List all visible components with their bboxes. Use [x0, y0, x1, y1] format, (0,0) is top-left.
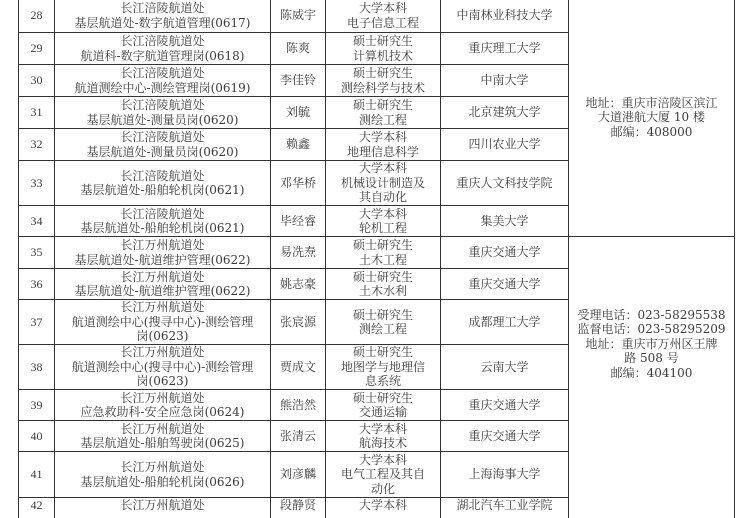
position-name: 基层航道处-测量员岗(0620)	[55, 113, 270, 128]
position-name: 航道科-数字航道管理岗(0618)	[55, 49, 270, 64]
school-name: 重庆交通大学	[441, 237, 569, 269]
candidate-name: 刘彦麟	[271, 452, 326, 498]
school-name: 云南大学	[441, 345, 569, 390]
row-number: 29	[19, 33, 55, 65]
major: 电子信息工程	[326, 16, 440, 31]
major: 轮机工程	[326, 221, 440, 236]
row-number: 34	[19, 206, 55, 237]
unit-name: 长江涪陵航道处	[55, 98, 270, 113]
position-name: 岗(0623)	[55, 374, 270, 389]
position-name: 基层航道处-航道维护管理(0622)	[55, 253, 270, 268]
candidate-name: 易冼焘	[271, 237, 326, 269]
candidate-name: 张清云	[271, 421, 326, 452]
contact-info-wanzhou: 受理电话：023-58295538监督电话：023-58295209地址：重庆市…	[569, 237, 735, 518]
education-cell: 大学本科电气工程及其自动化	[326, 452, 441, 498]
position-name: 航道测绘中心(搜寻中心)-测绘管理	[55, 360, 270, 375]
unit-position-cell: 长江涪陵航道处航道测绘中心-测绘管理岗(0619)	[55, 65, 271, 97]
address-line: 地址：重庆市涪陵区滨江	[569, 96, 734, 111]
unit-position-cell: 长江涪陵航道处基层航道处-船舶轮机岗(0621)	[55, 206, 271, 237]
position-name: 基层航道处-航道维护管理(0622)	[55, 284, 270, 299]
row-number: 39	[19, 390, 55, 421]
degree: 大学本科	[326, 130, 440, 145]
unit-name: 长江万州航道处	[55, 238, 270, 253]
degree: 硕士研究生	[326, 308, 440, 323]
school-name: 中南大学	[441, 65, 569, 97]
row-number: 37	[19, 300, 55, 345]
row-number: 35	[19, 237, 55, 269]
degree: 硕士研究生	[326, 238, 440, 253]
degree: 硕士研究生	[326, 98, 440, 113]
candidate-name: 赖鑫	[271, 129, 326, 161]
candidate-name: 姚志豪	[271, 269, 326, 300]
address-line: 大道港航大厦 10 楼	[569, 110, 734, 125]
unit-name: 长江涪陵航道处	[55, 1, 270, 16]
unit-name: 长江万州航道处	[55, 422, 270, 437]
unit-position-cell: 长江万州航道处应急救助科-安全应急岗(0624)	[55, 390, 271, 421]
degree: 硕士研究生	[326, 66, 440, 81]
unit-name: 长江万州航道处	[55, 460, 270, 475]
candidate-name: 段静贤	[271, 498, 326, 518]
unit-position-cell: 长江涪陵航道处基层航道处-测量员岗(0620)	[55, 129, 271, 161]
row-number: 28	[19, 0, 55, 33]
school-name: 重庆交通大学	[441, 390, 569, 421]
degree: 大学本科	[326, 1, 440, 16]
table-row: 28 长江涪陵航道处基层航道处-数字航道管理(0617) 陈威宇 大学本科电子信…	[19, 0, 735, 33]
contact-info-fuling: 地址：重庆市涪陵区滨江大道港航大厦 10 楼邮编：408000	[569, 0, 735, 237]
row-number: 30	[19, 65, 55, 97]
position-name: 航道测绘中心(搜寻中心)-测绘管理	[55, 315, 270, 330]
unit-position-cell: 长江涪陵航道处基层航道处-船舶轮机岗(0621)	[55, 161, 271, 206]
candidate-name: 陈爽	[271, 33, 326, 65]
candidate-roster-table: 28 长江涪陵航道处基层航道处-数字航道管理(0617) 陈威宇 大学本科电子信…	[18, 0, 735, 518]
unit-position-cell: 长江万州航道处基层航道处-船舶轮机岗(0626)	[55, 452, 271, 498]
major: 动化	[326, 482, 440, 497]
degree: 硕士研究生	[326, 345, 440, 360]
unit-name: 长江涪陵航道处	[55, 34, 270, 49]
major: 航海技术	[326, 436, 440, 451]
unit-position-cell: 长江万州航道处	[55, 498, 271, 518]
school-name: 北京建筑大学	[441, 97, 569, 129]
degree: 大学本科	[326, 498, 440, 513]
candidate-name: 陈威宇	[271, 0, 326, 33]
table-row: 35 长江万州航道处基层航道处-航道维护管理(0622) 易冼焘 硕士研究生土木…	[19, 237, 735, 269]
major: 地图学与地理信	[326, 360, 440, 375]
degree: 大学本科	[326, 161, 440, 176]
school-name: 重庆理工大学	[441, 33, 569, 65]
unit-name: 长江万州航道处	[55, 300, 270, 315]
degree: 硕士研究生	[326, 270, 440, 285]
degree: 大学本科	[326, 207, 440, 222]
unit-position-cell: 长江涪陵航道处基层航道处-测量员岗(0620)	[55, 97, 271, 129]
unit-name: 长江涪陵航道处	[55, 207, 270, 222]
position-name: 航道测绘中心-测绘管理岗(0619)	[55, 81, 270, 96]
education-cell: 硕士研究生测绘工程	[326, 300, 441, 345]
school-name: 上海海事大学	[441, 452, 569, 498]
school-name: 重庆交通大学	[441, 269, 569, 300]
postcode-line: 邮编：408000	[569, 125, 734, 140]
education-cell: 大学本科电子信息工程	[326, 0, 441, 33]
candidate-name: 毕经睿	[271, 206, 326, 237]
major: 测绘工程	[326, 113, 440, 128]
major: 土木工程	[326, 253, 440, 268]
unit-position-cell: 长江万州航道处基层航道处-航道维护管理(0622)	[55, 269, 271, 300]
major: 息系统	[326, 374, 440, 389]
candidate-name: 刘毓	[271, 97, 326, 129]
row-number: 42	[19, 498, 55, 518]
school-name: 重庆交通大学	[441, 421, 569, 452]
education-cell: 大学本科	[326, 498, 441, 518]
major: 计算机技术	[326, 49, 440, 64]
postcode-line: 邮编：404100	[569, 366, 734, 381]
major: 电气工程及其自	[326, 467, 440, 482]
position-name: 岗(0623)	[55, 329, 270, 344]
row-number: 33	[19, 161, 55, 206]
major: 地理信息科学	[326, 145, 440, 160]
major: 机械设计制造及	[326, 176, 440, 191]
school-name: 湖北汽车工业学院	[441, 498, 569, 518]
major: 测绘工程	[326, 322, 440, 337]
unit-position-cell: 长江万州航道处航道测绘中心(搜寻中心)-测绘管理岗(0623)	[55, 300, 271, 345]
education-cell: 大学本科机械设计制造及其自动化	[326, 161, 441, 206]
position-name: 应急救助科-安全应急岗(0624)	[55, 405, 270, 420]
unit-name: 长江涪陵航道处	[55, 66, 270, 81]
unit-position-cell: 长江万州航道处基层航道处-船舶驾驶岗(0625)	[55, 421, 271, 452]
hotline-line: 受理电话：023-58295538	[569, 308, 734, 323]
major: 交通运输	[326, 405, 440, 420]
row-number: 31	[19, 97, 55, 129]
education-cell: 硕士研究生计算机技术	[326, 33, 441, 65]
education-cell: 大学本科轮机工程	[326, 206, 441, 237]
unit-name: 长江万州航道处	[55, 498, 270, 513]
unit-position-cell: 长江涪陵航道处基层航道处-数字航道管理(0617)	[55, 0, 271, 33]
school-name: 成都理工大学	[441, 300, 569, 345]
position-name: 基层航道处-数字航道管理(0617)	[55, 16, 270, 31]
major: 土木水利	[326, 284, 440, 299]
row-number: 38	[19, 345, 55, 390]
unit-name: 长江涪陵航道处	[55, 169, 270, 184]
position-name: 基层航道处-船舶轮机岗(0626)	[55, 475, 270, 490]
education-cell: 硕士研究生土木工程	[326, 237, 441, 269]
education-cell: 硕士研究生地图学与地理信息系统	[326, 345, 441, 390]
candidate-name: 邓华桥	[271, 161, 326, 206]
unit-name: 长江万州航道处	[55, 270, 270, 285]
candidate-name: 熊浩然	[271, 390, 326, 421]
unit-position-cell: 长江万州航道处基层航道处-航道维护管理(0622)	[55, 237, 271, 269]
supervision-line: 监督电话：023-58295209	[569, 322, 734, 337]
education-cell: 硕士研究生土木水利	[326, 269, 441, 300]
unit-name: 长江万州航道处	[55, 391, 270, 406]
position-name: 基层航道处-船舶轮机岗(0621)	[55, 221, 270, 236]
candidate-name: 贾成文	[271, 345, 326, 390]
row-number: 41	[19, 452, 55, 498]
school-name: 重庆人文科技学院	[441, 161, 569, 206]
education-cell: 硕士研究生测绘科学与技术	[326, 65, 441, 97]
position-name: 基层航道处-测量员岗(0620)	[55, 145, 270, 160]
position-name: 基层航道处-船舶驾驶岗(0625)	[55, 436, 270, 451]
row-number: 40	[19, 421, 55, 452]
candidate-name: 张宸源	[271, 300, 326, 345]
address-line: 路 508 号	[569, 351, 734, 366]
school-name: 集美大学	[441, 206, 569, 237]
unit-name: 长江涪陵航道处	[55, 130, 270, 145]
education-cell: 大学本科地理信息科学	[326, 129, 441, 161]
major: 测绘科学与技术	[326, 81, 440, 96]
education-cell: 硕士研究生测绘工程	[326, 97, 441, 129]
unit-position-cell: 长江万州航道处航道测绘中心(搜寻中心)-测绘管理岗(0623)	[55, 345, 271, 390]
degree: 大学本科	[326, 422, 440, 437]
major: 其自动化	[326, 190, 440, 205]
unit-name: 长江万州航道处	[55, 345, 270, 360]
candidate-name: 李佳铃	[271, 65, 326, 97]
row-number: 36	[19, 269, 55, 300]
education-cell: 硕士研究生交通运输	[326, 390, 441, 421]
school-name: 四川农业大学	[441, 129, 569, 161]
degree: 大学本科	[326, 453, 440, 468]
position-name: 基层航道处-船舶轮机岗(0621)	[55, 183, 270, 198]
row-number: 32	[19, 129, 55, 161]
school-name: 中南林业科技大学	[441, 0, 569, 33]
degree: 硕士研究生	[326, 34, 440, 49]
unit-position-cell: 长江涪陵航道处航道科-数字航道管理岗(0618)	[55, 33, 271, 65]
address-line: 地址：重庆市万州区王牌	[569, 337, 734, 352]
education-cell: 大学本科航海技术	[326, 421, 441, 452]
degree: 硕士研究生	[326, 391, 440, 406]
